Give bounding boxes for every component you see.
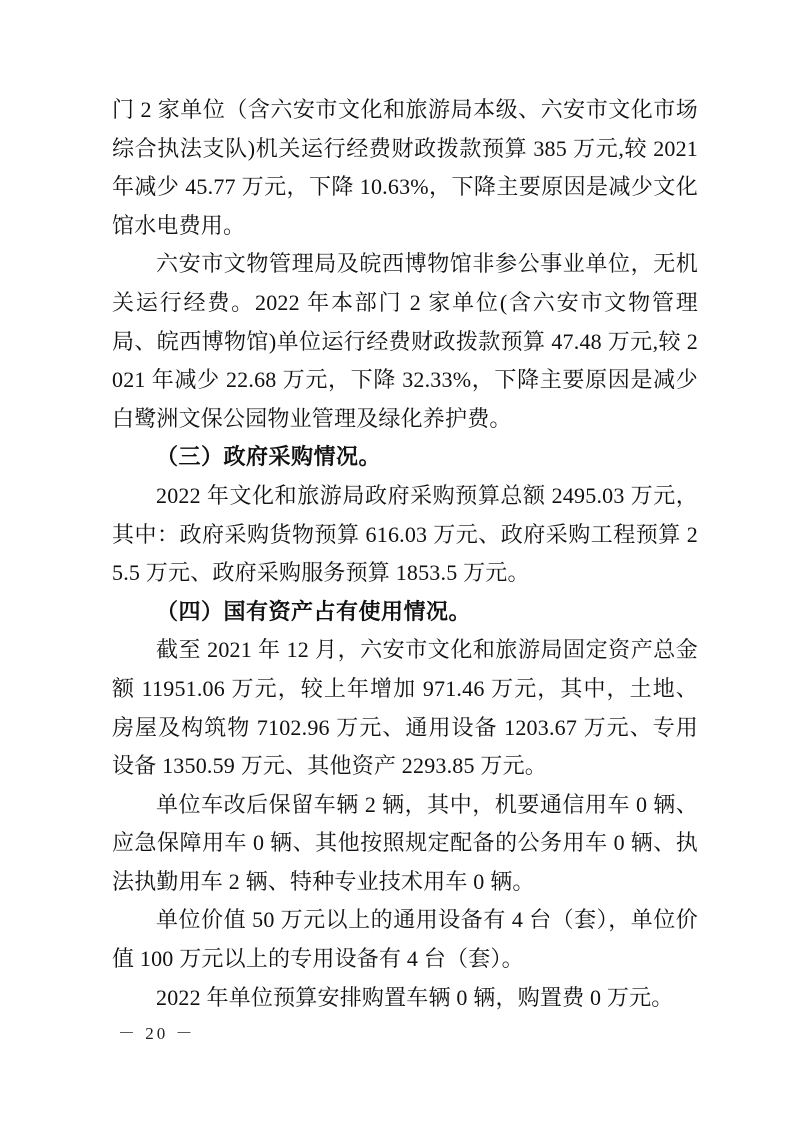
- paragraph-fixed-assets: 截至 2021 年 12 月，六安市文化和旅游局固定资产总金额 11951.06…: [112, 631, 698, 785]
- paragraph-museum-running-costs: 六安市文物管理局及皖西博物馆非参公事业单位，无机关运行经费。2022 年本部门 …: [112, 245, 698, 438]
- paragraph-vehicle-purchase-budget: 2022 年单位预算安排购置车辆 0 辆，购置费 0 万元。: [112, 979, 698, 1018]
- document-body: 门 2 家单位（含六安市文化和旅游局本级、六安市文化市场综合执法支队)机关运行经…: [112, 91, 698, 1017]
- document-page: 门 2 家单位（含六安市文化和旅游局本级、六安市文化市场综合执法支队)机关运行经…: [0, 0, 793, 1122]
- page-number: － 20 －: [118, 1019, 196, 1044]
- paragraph-agency-running-costs-continued: 门 2 家单位（含六安市文化和旅游局本级、六安市文化市场综合执法支队)机关运行经…: [112, 91, 698, 245]
- paragraph-high-value-equipment: 单位价值 50 万元以上的通用设备有 4 台（套），单位价值 100 万元以上的…: [112, 901, 698, 978]
- paragraph-vehicles-retained: 单位车改后保留车辆 2 辆，其中，机要通信用车 0 辆、应急保障用车 0 辆、其…: [112, 786, 698, 902]
- paragraph-procurement-budget: 2022 年文化和旅游局政府采购预算总额 2495.03 万元，其中：政府采购货…: [112, 477, 698, 593]
- section-heading-state-assets: （四）国有资产占有使用情况。: [112, 593, 698, 632]
- section-heading-government-procurement: （三）政府采购情况。: [112, 438, 698, 477]
